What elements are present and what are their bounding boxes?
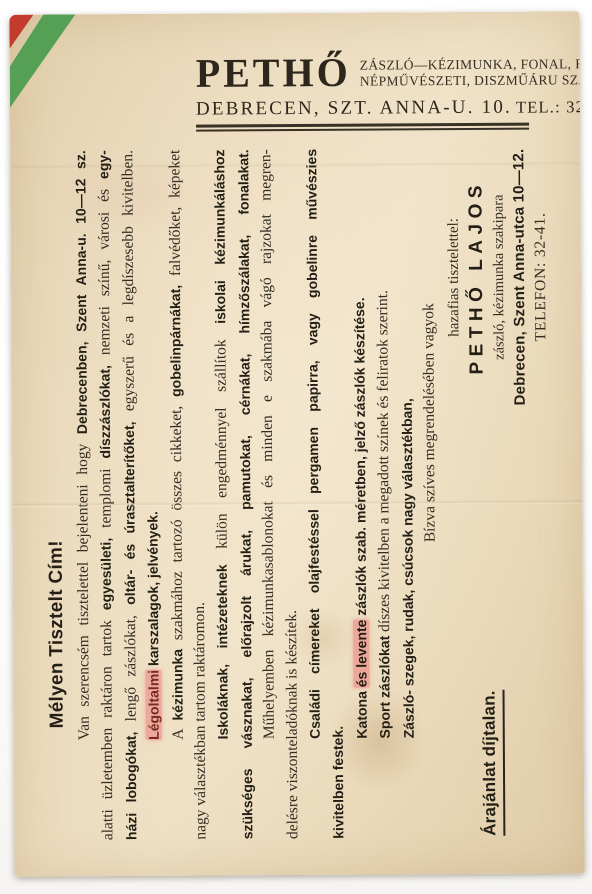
signature-phone: TELEFON: 32-41. <box>529 148 552 405</box>
printed-header: PETHŐ ZÁSZLÓ—KÉZIMUNKA, FONAL, FESTŐ, NÉ… <box>196 52 536 132</box>
body-text: lengő zászlókat, <box>122 605 140 732</box>
header-address: DEBRECEN, SZT. ANNA-U. 10. <box>196 97 512 120</box>
body-text: delésre viszonteladóknak is készítek. <box>283 610 301 839</box>
bold-text: oltár- és úrasztalterítőket, <box>121 421 138 604</box>
tagline-line-2: NÉPMŰVÉSZETI, DISZMŰÁRU SZAKIPARA <box>360 71 585 88</box>
bold-text: Katona <box>353 687 369 738</box>
signature-salutation: hazafias tisztelettel: <box>443 149 465 406</box>
body-text: külön engedménnyel szállítok <box>213 324 231 565</box>
body-line: Családi címereket olajfestéssel pergamen… <box>300 149 328 839</box>
bold-text: kézimunka <box>169 649 185 721</box>
closing-line: Bízva szíves megrendelésében vagyok <box>417 148 442 542</box>
body-text: alatti üzletemben raktáron tartok <box>98 610 116 840</box>
bold-text: Sport zászlókat <box>376 636 393 739</box>
body-text: szakmához tartozó összes cikkeket, <box>167 397 186 649</box>
bold-text: Zászló- szegek, rudak, csúcsok nagy vála… <box>398 398 416 738</box>
body-text: egyszerű és a legdíszesebb kivitelben. <box>119 150 138 422</box>
bold-text: iskolai kézimunkáláshoz <box>212 149 229 323</box>
bold-text: kivitelben festek. <box>330 726 347 839</box>
body-line: A kézimunka szakmához tartozó összes cik… <box>163 150 191 840</box>
bold-text: karszalagok, jelvények. <box>145 511 162 666</box>
letter-body-rotated: Mélyen Tisztelt Cím! Van szerencsém tisz… <box>41 147 553 840</box>
body-text: Van szerencsém tisztelettel bejelenteni … <box>74 434 93 740</box>
body-text: A <box>169 720 186 739</box>
bold-text: egyesületi, <box>98 538 114 610</box>
signature-address: Debrecen, Szent Anna-utca 10—12. <box>508 149 531 406</box>
signature-role: zászló, kézimunka szakipara <box>489 149 510 406</box>
free-quote-note: Árajánlat díjtalan. <box>478 690 505 836</box>
header-telephone: TEL.: 32—41. <box>516 97 585 117</box>
highlighted-text: és levente <box>353 620 369 688</box>
salutation: Mélyen Tisztelt Cím! <box>41 150 70 728</box>
body-text: templomi <box>97 458 114 537</box>
body-text: falvédőket, képeket <box>166 150 184 285</box>
header-divider-rule <box>196 123 529 132</box>
scanner-background: PETHŐ ZÁSZLÓ—KÉZIMUNKA, FONAL, FESTŐ, NÉ… <box>0 0 592 894</box>
bold-text: szükséges vásznakat, előrajzolt árukat, … <box>235 149 255 839</box>
tagline-line-1: ZÁSZLÓ—KÉZIMUNKA, FONAL, FESTŐ, <box>360 56 585 73</box>
body-text: díszes kivitelben a megadott színek és f… <box>374 290 393 636</box>
body-text: Műhelyemben kézimunkasablonokat és minde… <box>257 149 278 739</box>
body-text: nagy választékban tartom raktáromon. <box>191 602 209 840</box>
body-line: Műhelyemben kézimunkasablonokat és minde… <box>255 149 282 839</box>
bold-text: házi lobogókat, <box>123 732 140 840</box>
body-text: nemzeti színű, városi és <box>96 179 114 365</box>
bold-text: zászlók szab. méretben, jelző zászlók ké… <box>351 297 369 619</box>
brand-taglines: ZÁSZLÓ—KÉZIMUNKA, FONAL, FESTŐ, NÉPMŰVÉS… <box>360 51 585 89</box>
header-top-row: PETHŐ ZÁSZLÓ—KÉZIMUNKA, FONAL, FESTŐ, NÉ… <box>196 52 536 94</box>
highlighted-text: Légoltalmi <box>146 670 162 740</box>
bold-text: Családi címereket olajfestéssel pergamen… <box>303 149 323 739</box>
bold-text: Iskoláknak, intézeteknek <box>214 564 231 739</box>
letter-paragraphs: Van szerencsém tisztelettel bejelenteni … <box>69 148 421 840</box>
bottom-row: Árajánlat díjtalan. hazafias tisztelette… <box>443 147 554 838</box>
letterhead-paper: PETHŐ ZÁSZLÓ—KÉZIMUNKA, FONAL, FESTŐ, NÉ… <box>9 11 584 876</box>
header-address-line: DEBRECEN, SZT. ANNA-U. 10. TEL.: 32—41. <box>196 97 536 121</box>
body-line: házi lobogókat, lengő zászlókat, oltár- … <box>116 150 144 840</box>
brand-name: PETHŐ <box>196 52 351 94</box>
bold-text: gobelinpárnákat, <box>167 285 184 397</box>
signature-name: PETHŐ LAJOS <box>463 149 491 406</box>
bold-text: díszzászlókat, <box>97 365 114 458</box>
hungarian-flag-corner-stripes <box>9 14 130 135</box>
signature-block: hazafias tisztelettel: PETHŐ LAJOS zászl… <box>443 147 552 405</box>
body-text <box>146 666 163 670</box>
bold-text: Debrecenben, Szent Anna-u. 10—12 sz. <box>72 150 90 434</box>
